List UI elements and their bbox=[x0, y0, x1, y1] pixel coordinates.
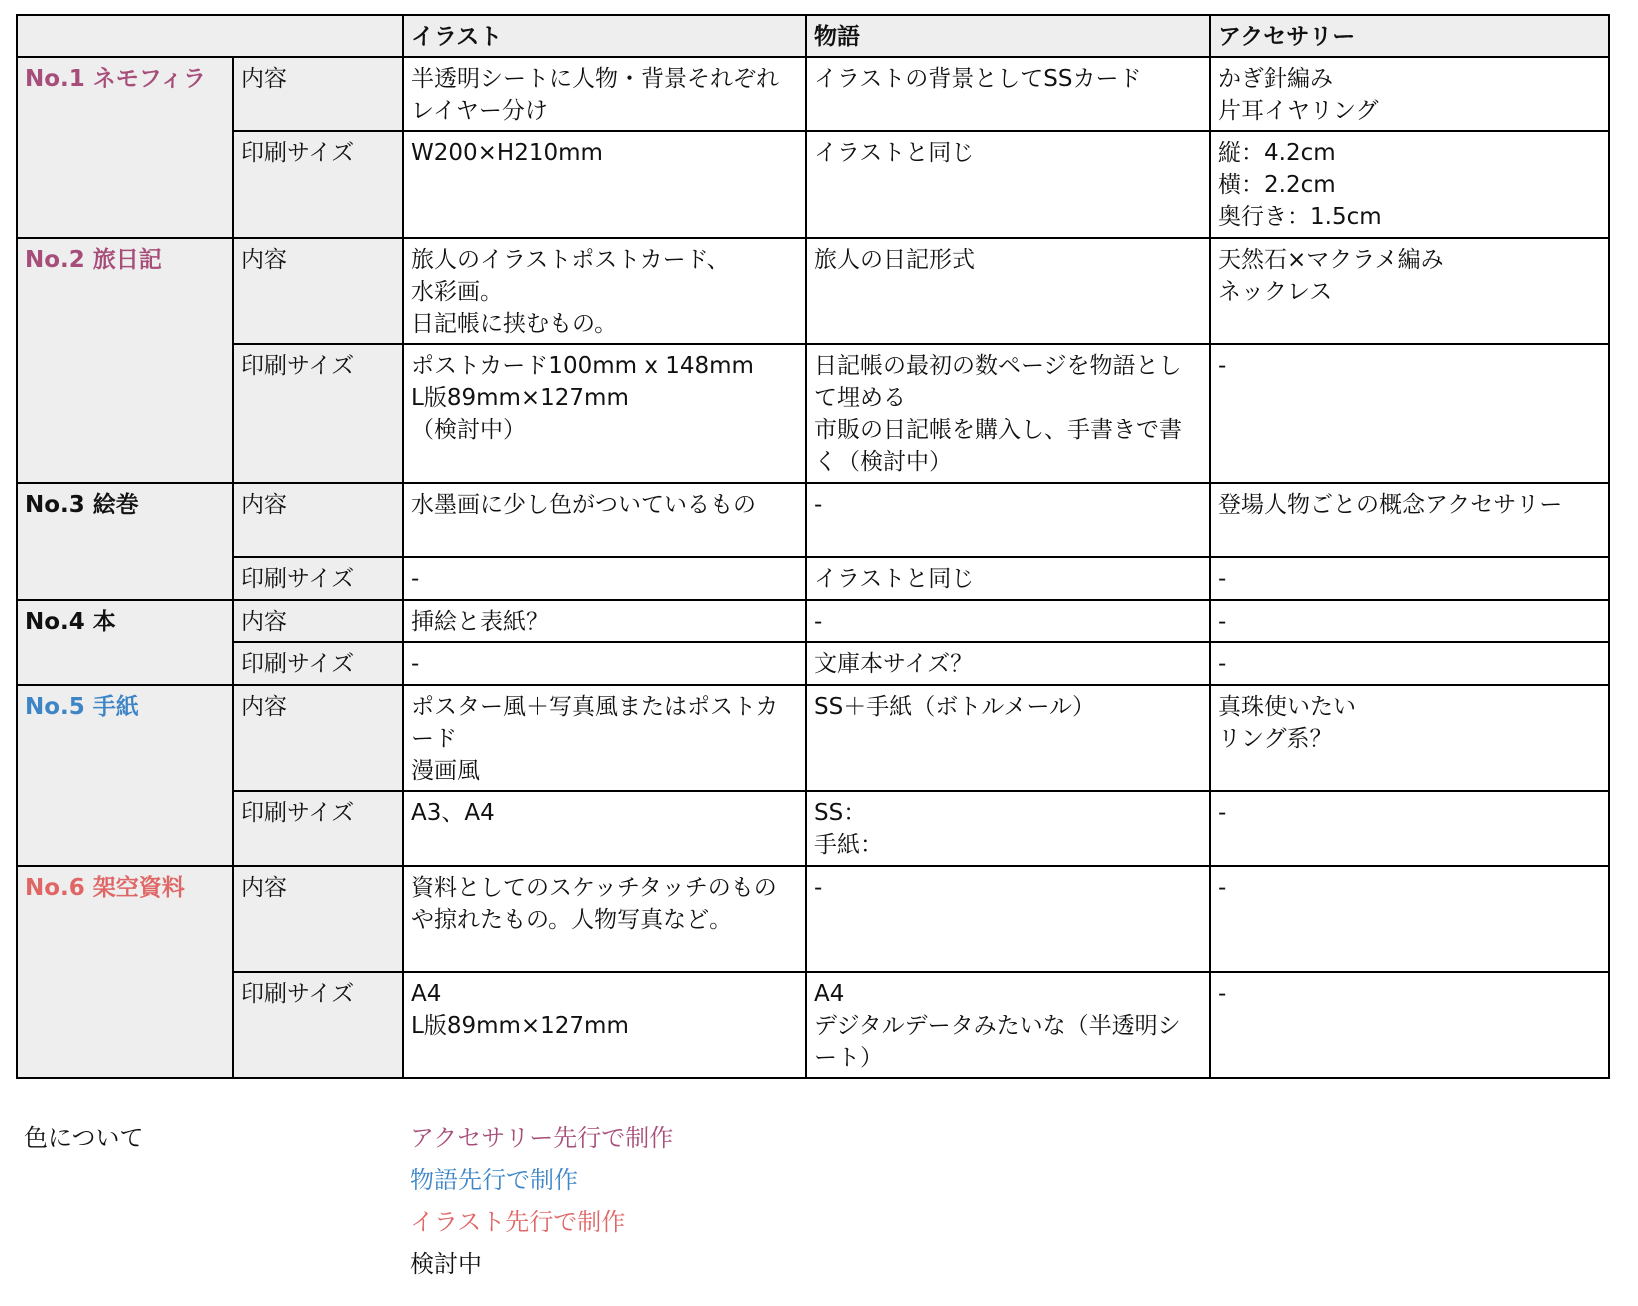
header-accessory: アクセサリー bbox=[1210, 15, 1609, 57]
row-label-content: 内容 bbox=[233, 483, 403, 557]
header-illust: イラスト bbox=[403, 15, 806, 57]
cell-accessory-print-size: - bbox=[1210, 791, 1609, 866]
row-label-print-size: 印刷サイズ bbox=[233, 972, 403, 1078]
cell-illust-print-size: W200×H210mm bbox=[403, 131, 806, 238]
row-label-print-size: 印刷サイズ bbox=[233, 344, 403, 483]
cell-illust-print-size: ポストカード100mm x 148mm L版89mm×127mm （検討中） bbox=[403, 344, 806, 483]
cell-illust-content: 資料としてのスケッチタッチのものや掠れたもの。人物写真など。 bbox=[403, 866, 806, 972]
cell-story-print-size: 文庫本サイズ？ bbox=[806, 642, 1210, 685]
table-row: 印刷サイズ - イラストと同じ - bbox=[17, 557, 1609, 600]
table-row: No.4 本 内容 挿絵と表紙？ - - bbox=[17, 600, 1609, 642]
cell-story-content: イラストの背景としてSSカード bbox=[806, 57, 1210, 131]
cell-illust-content: 挿絵と表紙？ bbox=[403, 600, 806, 642]
header-story: 物語 bbox=[806, 15, 1210, 57]
table-row: No.6 架空資料 内容 資料としてのスケッチタッチのものや掠れたもの。人物写真… bbox=[17, 866, 1609, 972]
row-label-content: 内容 bbox=[233, 238, 403, 344]
cell-accessory-print-size: - bbox=[1210, 557, 1609, 600]
item-name: No.1 ネモフィラ bbox=[17, 57, 233, 238]
cell-accessory-content: 天然石×マクラメ編み ネックレス bbox=[1210, 238, 1609, 344]
legend-item-accessory-first: アクセサリー先行で制作 bbox=[410, 1117, 673, 1159]
item-name: No.2 旅日記 bbox=[17, 238, 233, 483]
table-row: 印刷サイズ ポストカード100mm x 148mm L版89mm×127mm （… bbox=[17, 344, 1609, 483]
row-label-content: 内容 bbox=[233, 685, 403, 791]
table-row: 印刷サイズ W200×H210mm イラストと同じ 縦：4.2cm 横：2.2c… bbox=[17, 131, 1609, 238]
color-legend: アクセサリー先行で制作 物語先行で制作 イラスト先行で制作 検討中 bbox=[410, 1117, 673, 1285]
cell-story-content: 旅人の日記形式 bbox=[806, 238, 1210, 344]
color-legend-title: 色について bbox=[24, 1117, 144, 1159]
item-name: No.3 絵巻 bbox=[17, 483, 233, 600]
row-label-content: 内容 bbox=[233, 57, 403, 131]
cell-story-content: - bbox=[806, 600, 1210, 642]
cell-illust-content: 半透明シートに人物・背景それぞれレイヤー分け bbox=[403, 57, 806, 131]
table-row: No.2 旅日記 内容 旅人のイラストポストカード、 水彩画。 日記帳に挟むもの… bbox=[17, 238, 1609, 344]
cell-illust-content: ポスター風＋写真風またはポストカード 漫画風 bbox=[403, 685, 806, 791]
cell-illust-print-size: A4 L版89mm×127mm bbox=[403, 972, 806, 1078]
cell-illust-print-size: A3、A4 bbox=[403, 791, 806, 866]
cell-accessory-print-size: - bbox=[1210, 344, 1609, 483]
row-label-content: 内容 bbox=[233, 866, 403, 972]
row-label-print-size: 印刷サイズ bbox=[233, 791, 403, 866]
table-row: 印刷サイズ A3、A4 SS： 手紙： - bbox=[17, 791, 1609, 866]
cell-story-print-size: イラストと同じ bbox=[806, 557, 1210, 600]
table-row: 印刷サイズ - 文庫本サイズ？ - bbox=[17, 642, 1609, 685]
cell-illust-content: 水墨画に少し色がついているもの bbox=[403, 483, 806, 557]
cell-illust-print-size: - bbox=[403, 557, 806, 600]
legend-item-pending: 検討中 bbox=[410, 1243, 673, 1285]
production-table: イラスト 物語 アクセサリー No.1 ネモフィラ 内容 半透明シートに人物・背… bbox=[16, 14, 1610, 1079]
cell-story-print-size: SS： 手紙： bbox=[806, 791, 1210, 866]
row-label-print-size: 印刷サイズ bbox=[233, 557, 403, 600]
header-row: イラスト 物語 アクセサリー bbox=[17, 15, 1609, 57]
cell-illust-content: 旅人のイラストポストカード、 水彩画。 日記帳に挟むもの。 bbox=[403, 238, 806, 344]
header-corner bbox=[17, 15, 403, 57]
cell-illust-print-size: - bbox=[403, 642, 806, 685]
cell-story-content: - bbox=[806, 483, 1210, 557]
table-row: 印刷サイズ A4 L版89mm×127mm A4 デジタルデータみたいな（半透明… bbox=[17, 972, 1609, 1078]
table-row: No.5 手紙 内容 ポスター風＋写真風またはポストカード 漫画風 SS＋手紙（… bbox=[17, 685, 1609, 791]
legend-item-story-first: 物語先行で制作 bbox=[410, 1159, 673, 1201]
cell-accessory-content: 真珠使いたい リング系？ bbox=[1210, 685, 1609, 791]
cell-story-print-size: イラストと同じ bbox=[806, 131, 1210, 238]
cell-accessory-print-size: - bbox=[1210, 972, 1609, 1078]
cell-accessory-content: - bbox=[1210, 600, 1609, 642]
cell-story-content: - bbox=[806, 866, 1210, 972]
legend-item-illust-first: イラスト先行で制作 bbox=[410, 1201, 673, 1243]
cell-accessory-content: - bbox=[1210, 866, 1609, 972]
table-row: No.1 ネモフィラ 内容 半透明シートに人物・背景それぞれレイヤー分け イラス… bbox=[17, 57, 1609, 131]
row-label-print-size: 印刷サイズ bbox=[233, 642, 403, 685]
cell-accessory-print-size: - bbox=[1210, 642, 1609, 685]
table-row: No.3 絵巻 内容 水墨画に少し色がついているもの - 登場人物ごとの概念アク… bbox=[17, 483, 1609, 557]
row-label-content: 内容 bbox=[233, 600, 403, 642]
row-label-print-size: 印刷サイズ bbox=[233, 131, 403, 238]
item-name: No.4 本 bbox=[17, 600, 233, 685]
cell-story-print-size: A4 デジタルデータみたいな（半透明シート） bbox=[806, 972, 1210, 1078]
cell-accessory-content: 登場人物ごとの概念アクセサリー bbox=[1210, 483, 1609, 557]
cell-accessory-content: かぎ針編み 片耳イヤリング bbox=[1210, 57, 1609, 131]
item-name: No.6 架空資料 bbox=[17, 866, 233, 1078]
cell-accessory-print-size: 縦：4.2cm 横：2.2cm 奥行き：1.5cm bbox=[1210, 131, 1609, 238]
item-name: No.5 手紙 bbox=[17, 685, 233, 866]
cell-story-print-size: 日記帳の最初の数ページを物語として埋める 市販の日記帳を購入し、手書きで書く（検… bbox=[806, 344, 1210, 483]
cell-story-content: SS＋手紙（ボトルメール） bbox=[806, 685, 1210, 791]
